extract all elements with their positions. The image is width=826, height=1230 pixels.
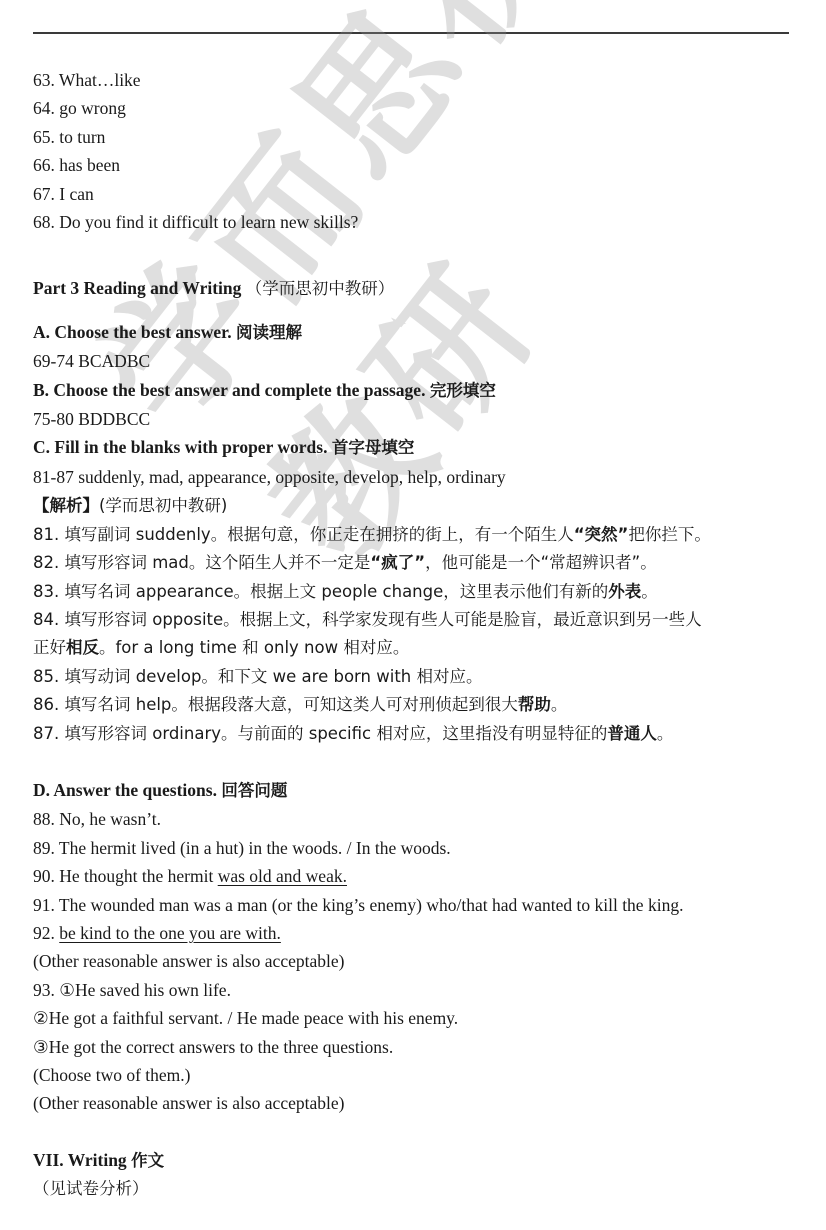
section-c-answer: 81-87 suddenly, mad, appearance, opposit… (33, 463, 793, 491)
previous-section-answers: 63. What…like 64. go wrong 65. to turn 6… (33, 66, 793, 236)
analysis-label: 【解析】(学而思初中教研) (33, 491, 793, 520)
answer-63: 63. What…like (33, 66, 793, 94)
answer-67: 67. I can (33, 180, 793, 208)
answer-65: 65. to turn (33, 123, 793, 151)
explanation-86: 86. 填写名词 help。根据段落大意，可知这类人可对刑侦起到很大帮助。 (33, 691, 793, 719)
answer-93-1: 93. ①He saved his own life. (33, 976, 793, 1004)
section-b-answer: 75-80 BDDBCC (33, 405, 793, 433)
acceptable-note: (Other reasonable answer is also accepta… (33, 947, 793, 975)
answer-66: 66. has been (33, 151, 793, 179)
part3-title-cn: （学而思初中教研） (246, 279, 395, 298)
answer-68: 68. Do you find it difficult to learn ne… (33, 208, 793, 236)
answer-91: 91. The wounded man was a man (or the ki… (33, 891, 793, 919)
section-d-heading: D. Answer the questions. 回答问题 (33, 776, 793, 805)
answer-93-2: ②He got a faithful servant. / He made pe… (33, 1004, 793, 1032)
header-rule (33, 32, 789, 34)
explanation-84: 84. 填写形容词 opposite。根据上文，科学家发现有些人可能是脸盲，最近… (33, 606, 793, 634)
answer-key-page: 63. What…like 64. go wrong 65. to turn 6… (33, 66, 793, 1204)
answer-93-3: ③He got the correct answers to the three… (33, 1033, 793, 1061)
part3-title: Part 3 Reading and Writing （学而思初中教研） (33, 274, 793, 303)
explanation-84-cont: 正好相反。for a long time 和 only now 相对应。 (33, 634, 793, 662)
section-c-heading: C. Fill in the blanks with proper words.… (33, 433, 793, 462)
writing-heading: VII. Writing 作文 (33, 1146, 793, 1175)
answer-89: 89. The hermit lived (in a hut) in the w… (33, 834, 793, 862)
explanation-82: 82. 填写形容词 mad。这个陌生人并不一定是“疯了”，他可能是一个“常超辨识… (33, 549, 793, 577)
answer-64: 64. go wrong (33, 94, 793, 122)
answer-92: 92. be kind to the one you are with. (33, 919, 793, 947)
explanation-83: 83. 填写名词 appearance。根据上文 people change，这… (33, 578, 793, 606)
explanation-87: 87. 填写形容词 ordinary。与前面的 specific 相对应，这里指… (33, 720, 793, 748)
explanation-85: 85. 填写动词 develop。和下文 we are born with 相对… (33, 663, 793, 691)
section-b-heading: B. Choose the best answer and complete t… (33, 376, 793, 405)
choose-note: (Choose two of them.) (33, 1061, 793, 1089)
writing-note: （见试卷分析） (33, 1175, 793, 1203)
answer-90: 90. He thought the hermit was old and we… (33, 862, 793, 890)
section-a-heading: A. Choose the best answer. 阅读理解 (33, 318, 793, 347)
answer-88: 88. No, he wasn’t. (33, 805, 793, 833)
section-a-answer: 69-74 BCADBC (33, 347, 793, 375)
acceptable-note-2: (Other reasonable answer is also accepta… (33, 1089, 793, 1117)
explanation-81: 81. 填写副词 suddenly。根据句意，你正走在拥挤的街上，有一个陌生人“… (33, 521, 793, 549)
